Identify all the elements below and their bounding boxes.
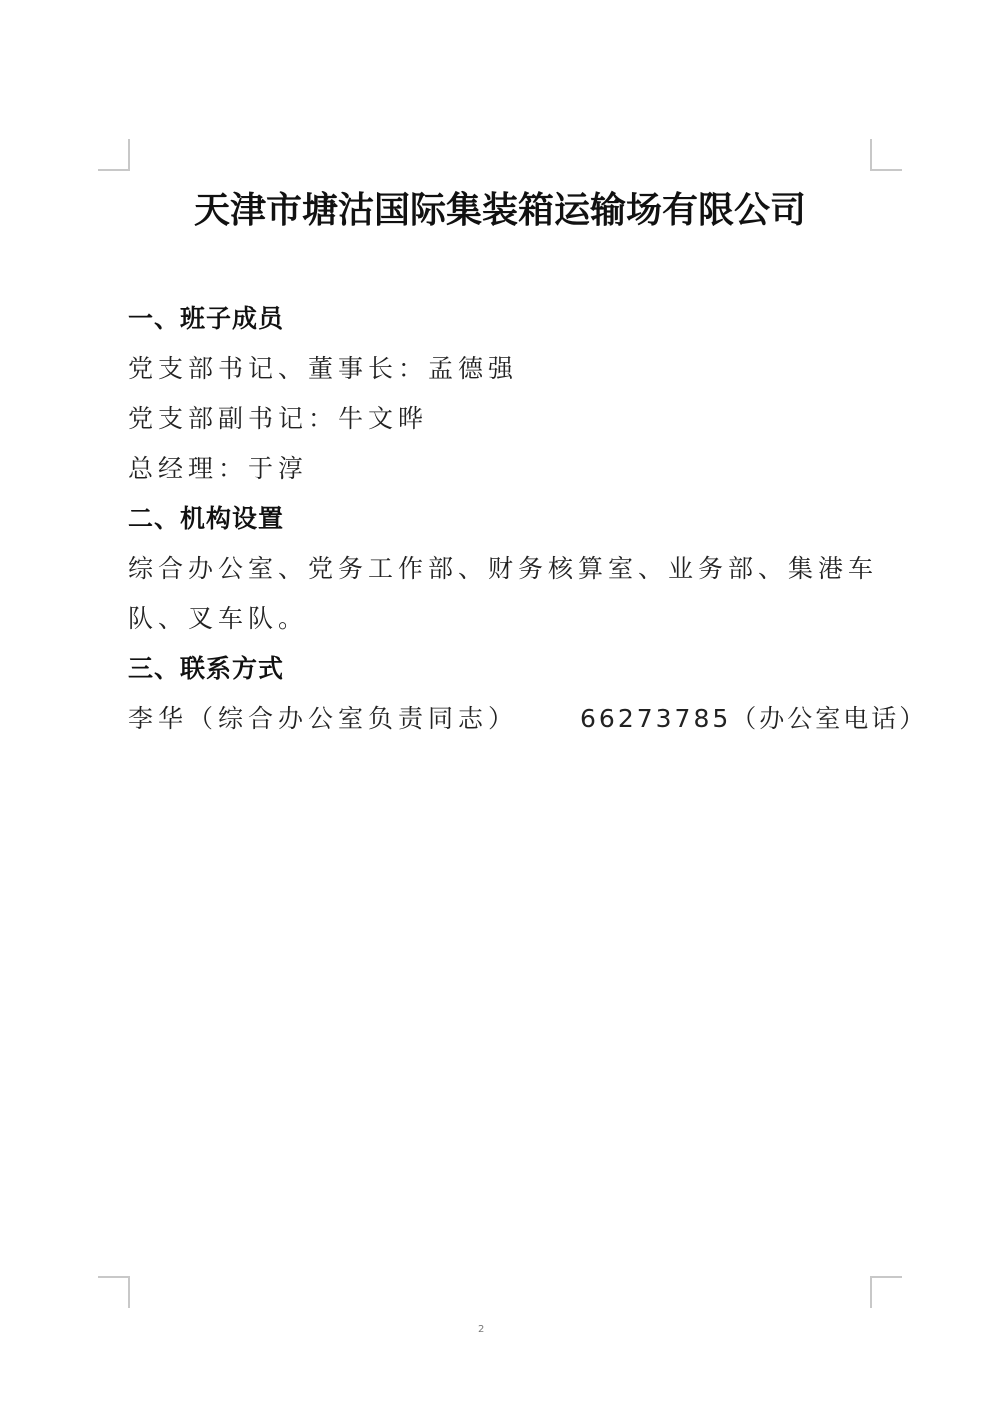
- contact-phone: 66273785（办公室电话）: [580, 704, 927, 733]
- section-heading-members: 一、班子成员: [128, 294, 888, 344]
- contact-person: 李华（综合办公室负责同志）: [128, 704, 518, 733]
- organization-line: 队、叉车队。: [128, 594, 888, 644]
- document-body: 一、班子成员 党支部书记、董事长：孟德强 党支部副书记：牛文晔 总经理：于淳 二…: [128, 294, 888, 744]
- crop-mark-bottom-right: [870, 1276, 902, 1308]
- organization-line: 综合办公室、党务工作部、财务核算室、业务部、集港车: [128, 544, 888, 594]
- member-line: 党支部书记、董事长：孟德强: [128, 344, 888, 394]
- member-line: 党支部副书记：牛文晔: [128, 394, 888, 444]
- crop-mark-top-right: [870, 139, 902, 171]
- crop-mark-bottom-left: [98, 1276, 130, 1308]
- section-heading-organization: 二、机构设置: [128, 494, 888, 544]
- contact-line: 李华（综合办公室负责同志）66273785（办公室电话）: [128, 694, 888, 744]
- page-number: 2: [478, 1324, 484, 1335]
- document-title: 天津市塘沽国际集装箱运输场有限公司: [0, 182, 1000, 233]
- crop-mark-top-left: [98, 139, 130, 171]
- member-line: 总经理：于淳: [128, 444, 888, 494]
- section-heading-contact: 三、联系方式: [128, 644, 888, 694]
